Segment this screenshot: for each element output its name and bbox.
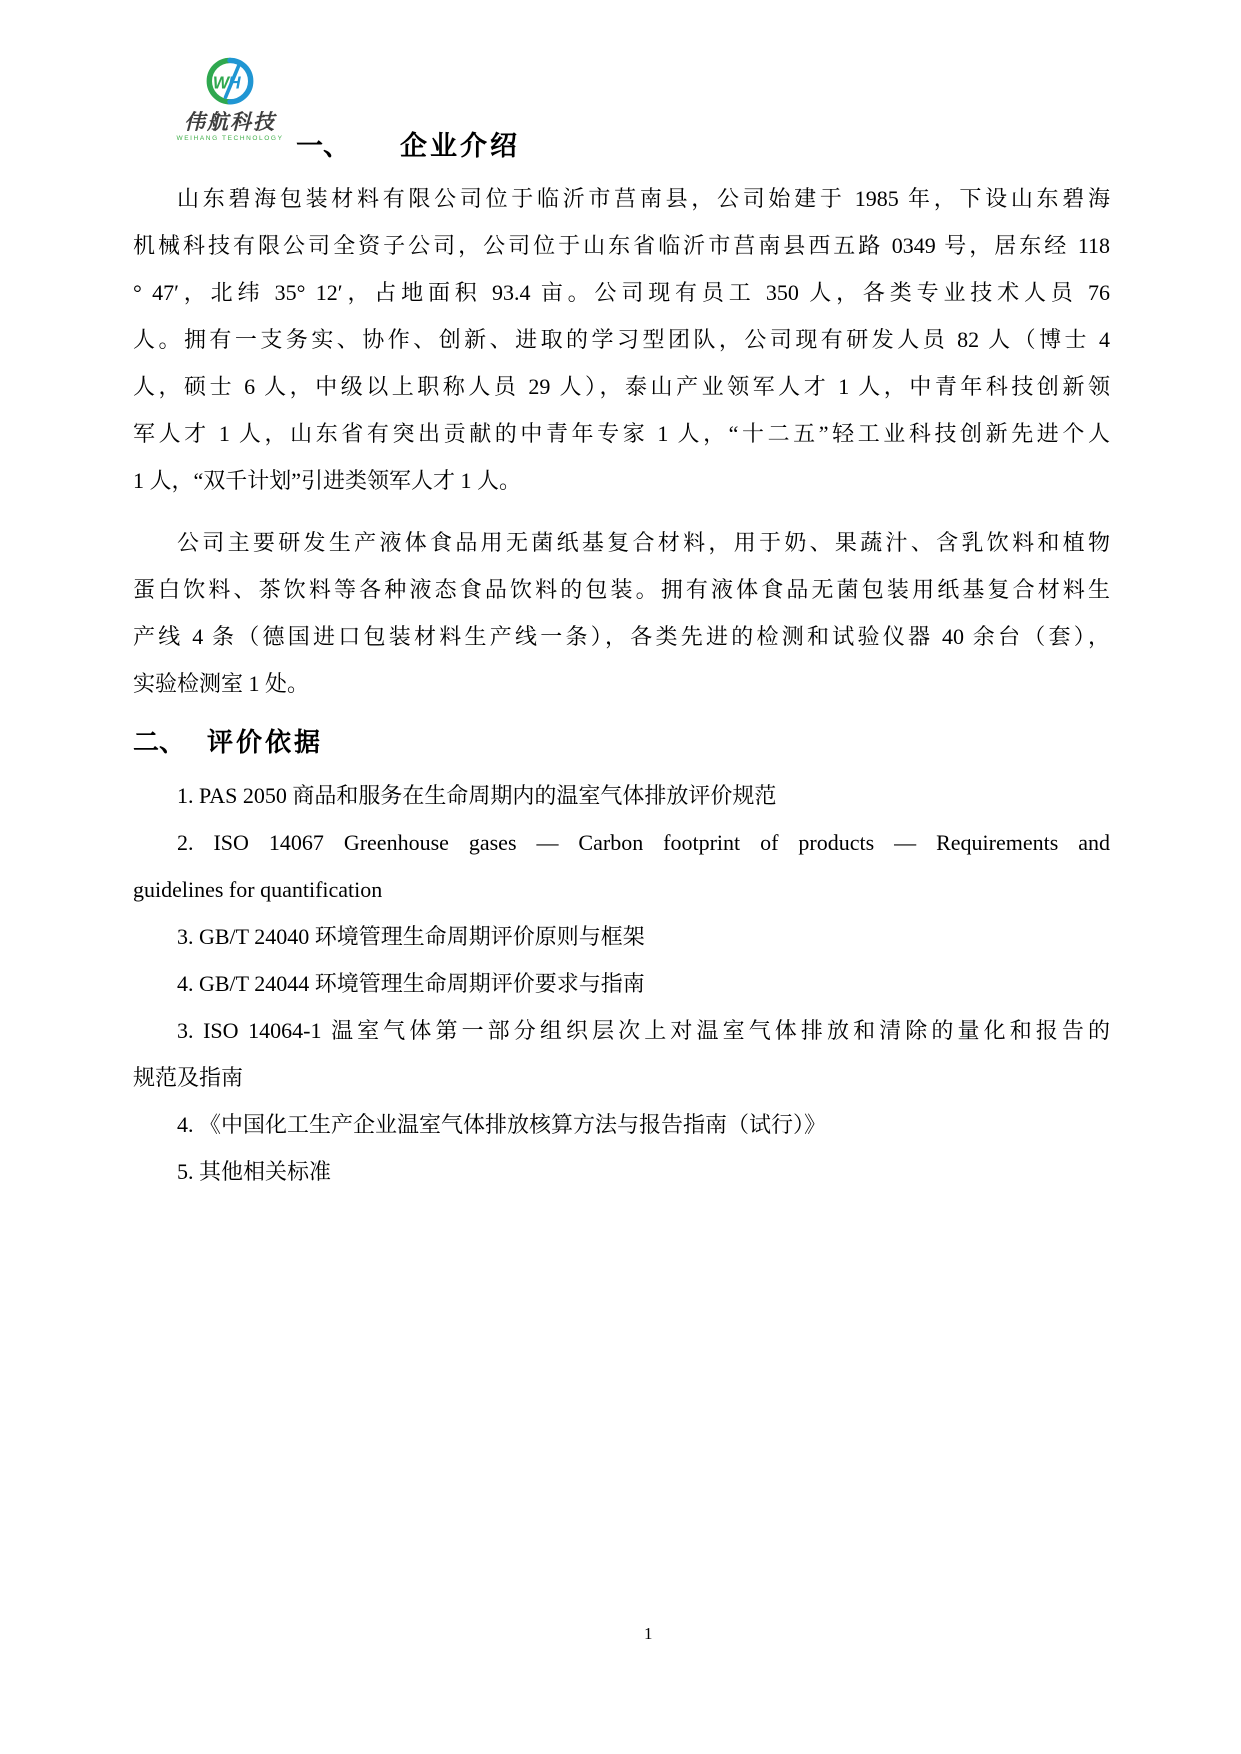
evaluation-basis-list: 1. PAS 2050 商品和服务在生命周期内的温室气体排放评价规范 2. IS… — [133, 772, 1110, 1195]
body-line: 实验检测室 1 处。 — [133, 660, 1110, 707]
document-page: W H 伟航科技 WEIHANG TECHNOLOGY 一、企业介绍 山东碧海包… — [0, 0, 1241, 1754]
company-intro-paragraph-2: 公司主要研发生产液体食品用无菌纸基复合材料，用于奶、果蔬汁、含乳饮料和植物 蛋白… — [133, 519, 1110, 707]
body-line: 机械科技有限公司全资子公司，公司位于山东省临沂市莒南县西五路 0349 号，居东… — [133, 222, 1110, 269]
body-line: ° 47′，北纬 35° 12′，占地面积 93.4 亩。公司现有员工 350 … — [133, 269, 1110, 316]
brand-name-en: WEIHANG TECHNOLOGY — [168, 136, 292, 143]
reference-line: 3. ISO 14064-1 温室气体第一部分组织层次上对温室气体排放和清除的量… — [133, 1007, 1110, 1054]
body-line: 1 人，“双千计划”引进类领军人才 1 人。 — [133, 457, 1110, 504]
section-1-number: 一、 — [296, 131, 350, 161]
body-line: 公司主要研发生产液体食品用无菌纸基复合材料，用于奶、果蔬汁、含乳饮料和植物 — [133, 519, 1110, 566]
reference-line: 4. 《中国化工生产企业温室气体排放核算方法与报告指南（试行）》 — [133, 1101, 1110, 1148]
reference-line: 3. GB/T 24040 环境管理生命周期评价原则与框架 — [133, 913, 1110, 960]
logo-circle-icon: W H — [203, 54, 257, 110]
reference-line: 4. GB/T 24044 环境管理生命周期评价要求与指南 — [133, 960, 1110, 1007]
page-number: 1 — [644, 1622, 653, 1646]
logo-letter-h: H — [228, 73, 241, 92]
company-intro-paragraph-1: 山东碧海包装材料有限公司位于临沂市莒南县，公司始建于 1985 年，下设山东碧海… — [133, 175, 1110, 504]
section-1-heading: 一、企业介绍 — [296, 124, 520, 163]
reference-line: 5. 其他相关标准 — [133, 1148, 1110, 1195]
body-line: 山东碧海包装材料有限公司位于临沂市莒南县，公司始建于 1985 年，下设山东碧海 — [133, 175, 1110, 222]
company-logo: W H 伟航科技 WEIHANG TECHNOLOGY — [168, 54, 292, 143]
reference-line: 规范及指南 — [133, 1054, 1110, 1101]
body-line: 产线 4 条（德国进口包装材料生产线一条），各类先进的检测和试验仪器 40 余台… — [133, 613, 1110, 660]
body-line: 人。拥有一支务实、协作、创新、进取的学习型团队，公司现有研发人员 82 人（博士… — [133, 316, 1110, 363]
reference-line: guidelines for quantification — [133, 866, 1110, 913]
section-2-title: 评价依据 — [207, 728, 323, 757]
body-line: 蛋白饮料、茶饮料等各种液态食品饮料的包装。拥有液体食品无菌包装用纸基复合材料生 — [133, 566, 1110, 613]
section-2-heading: 二、评价依据 — [133, 722, 323, 759]
body-line: 军人才 1 人，山东省有突出贡献的中青年专家 1 人，“十二五”轻工业科技创新先… — [133, 410, 1110, 457]
reference-line: 2. ISO 14067 Greenhouse gases — Carbon f… — [133, 819, 1110, 866]
brand-name-cn: 伟航科技 — [168, 112, 292, 133]
reference-line: 1. PAS 2050 商品和服务在生命周期内的温室气体排放评价规范 — [133, 772, 1110, 819]
section-2-number: 二、 — [133, 728, 185, 757]
section-1-title: 企业介绍 — [400, 131, 520, 161]
body-line: 人，硕士 6 人，中级以上职称人员 29 人），泰山产业领军人才 1 人，中青年… — [133, 363, 1110, 410]
